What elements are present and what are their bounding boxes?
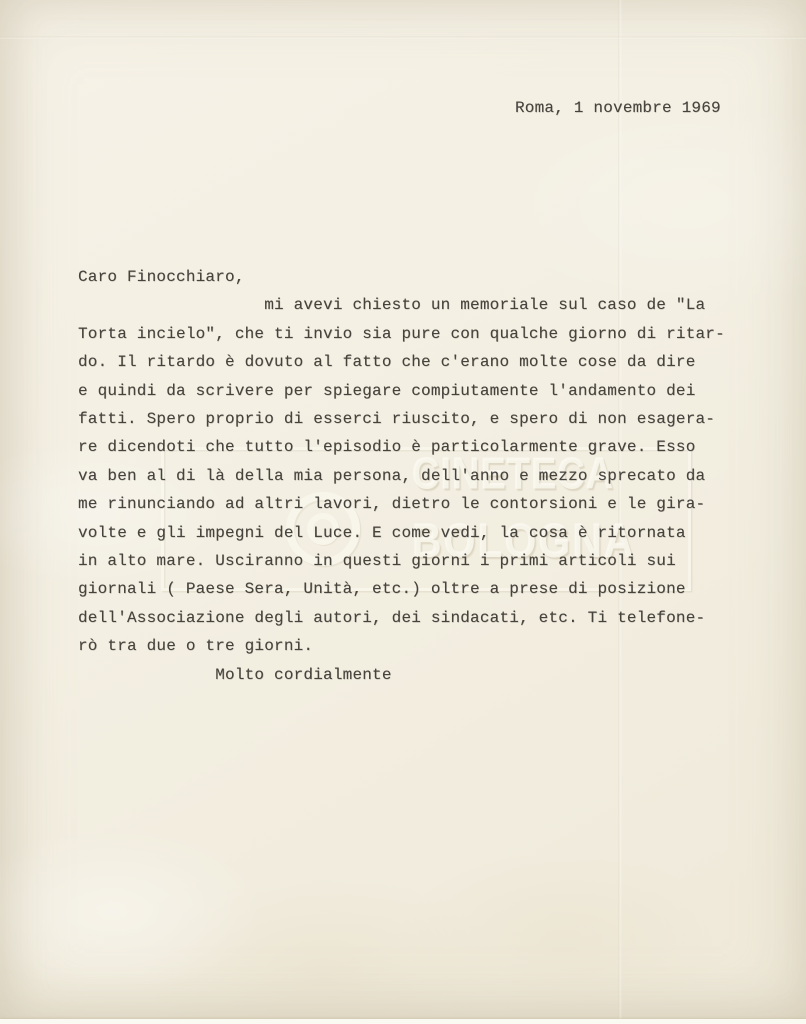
body-line: mi avevi chiesto un memoriale sul caso d… bbox=[78, 291, 778, 319]
body-line: giornali ( Paese Sera, Unità, etc.) oltr… bbox=[78, 575, 778, 603]
body-line: re dicendoti che tutto l'episodio è part… bbox=[78, 433, 778, 461]
dateline: Roma, 1 novembre 1969 bbox=[515, 99, 721, 117]
body-line: Torta incielo", che ti invio sia pure co… bbox=[78, 320, 778, 348]
paper-crease-horizontal bbox=[0, 36, 806, 39]
body-line: volte e gli impegni del Luce. E come ved… bbox=[78, 519, 778, 547]
body-line: in alto mare. Usciranno in questi giorni… bbox=[78, 547, 778, 575]
body-line: va ben al di là della mia persona, dell'… bbox=[78, 462, 778, 490]
bottom-scan-edge bbox=[0, 1019, 806, 1024]
body-line: e quindi da scrivere per spiegare compiu… bbox=[78, 377, 778, 405]
body-line: dell'Associazione degli autori, dei sind… bbox=[78, 604, 778, 632]
body-line: rò tra due o tre giorni. bbox=[78, 632, 778, 660]
letter-page: CINETECA BOLOGNA Roma, 1 novembre 1969 C… bbox=[0, 0, 806, 1024]
body-line: fatti. Spero proprio di esserci riuscito… bbox=[78, 405, 778, 433]
letter-body: Caro Finocchiaro, mi avevi chiesto un me… bbox=[78, 263, 778, 689]
body-lines: mi avevi chiesto un memoriale sul caso d… bbox=[78, 291, 778, 660]
closing: Molto cordialmente bbox=[78, 661, 778, 689]
body-line: me rinunciando ad altri lavori, dietro l… bbox=[78, 490, 778, 518]
salutation: Caro Finocchiaro, bbox=[78, 263, 778, 291]
body-line: do. Il ritardo è dovuto al fatto che c'e… bbox=[78, 348, 778, 376]
